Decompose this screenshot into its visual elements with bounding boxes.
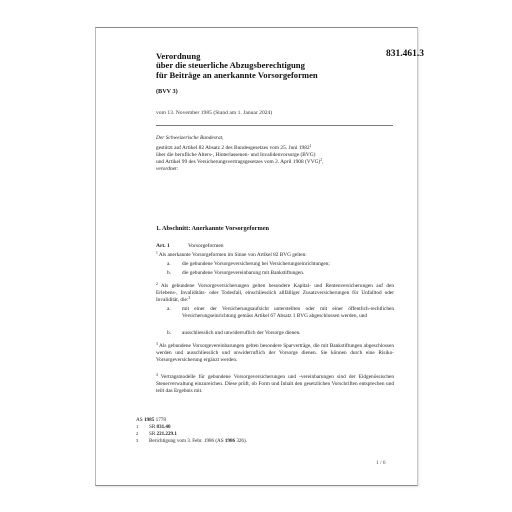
preamble-basis-line: und Artikel 99 des Versicherungsvertrags… bbox=[156, 159, 323, 166]
title-divider bbox=[156, 125, 393, 126]
article-paragraph-2: 2 Als gebundene Vorsorgeversicherungen g… bbox=[156, 283, 394, 304]
document-title: Verordnung über die steuerliche Abzugsbe… bbox=[156, 52, 318, 80]
section-heading: 1. Abschnitt: Anerkannte Vorsorgeformen bbox=[156, 225, 269, 232]
footnote: 1SR 831.40 bbox=[136, 424, 171, 430]
article-title: Vorsorgeformen bbox=[188, 243, 224, 249]
sr-number: 831.461.3 bbox=[386, 49, 424, 59]
article-paragraph-1: 1 Als anerkannte Vorsorgeformen im Sinne… bbox=[156, 252, 394, 259]
as-reference: AS 1985 1778 bbox=[136, 417, 166, 423]
article-paragraph-4: 4 Vertragsmodelle für gebundene Vorsorge… bbox=[156, 374, 394, 395]
preamble: Der Schweizerische Bundesrat, gestützt a… bbox=[156, 135, 323, 173]
article-paragraph-3: 3 Als gebundene Vorsorgevereinbarungen g… bbox=[156, 343, 394, 364]
preamble-basis-line: gestützt auf Artikel 82 Absatz 2 des Bun… bbox=[156, 145, 323, 152]
article-heading: Art. 1Vorsorgeformen bbox=[156, 243, 224, 249]
preamble-basis-line: über die berufliche Alters-, Hinterlasse… bbox=[156, 152, 323, 159]
date-line: vom 13. November 1985 (Stand am 1. Janua… bbox=[156, 110, 272, 116]
short-title: (BVV 3) bbox=[156, 88, 178, 95]
preamble-decree: verordnet: bbox=[156, 166, 323, 173]
footnote: 2SR 221.229.1 bbox=[136, 431, 177, 437]
document-page: 831.461.3 Verordnung über die steuerlich… bbox=[95, 27, 418, 486]
page-indicator: 1 / 6 bbox=[376, 460, 386, 466]
preamble-authority: Der Schweizerische Bundesrat, bbox=[156, 135, 323, 142]
footnote: 3Berichtigung vom 3. Febr. 1986 (AS 1986… bbox=[136, 438, 247, 444]
title-line: für Beiträge an anerkannte Vorsorgeforme… bbox=[156, 71, 318, 80]
article-number: Art. 1 bbox=[156, 243, 188, 249]
